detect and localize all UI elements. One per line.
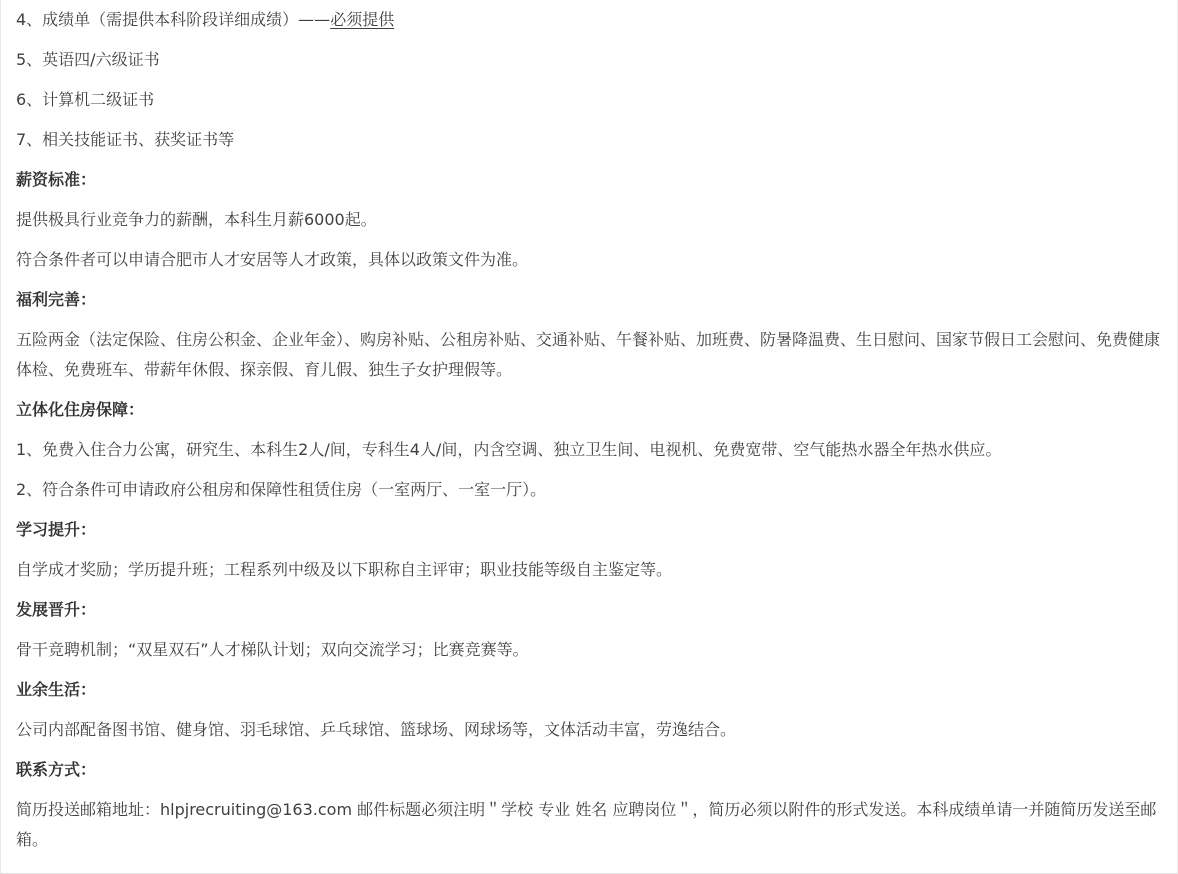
heading-career-development: 发展晋升： — [16, 595, 1163, 625]
para-leisure-detail: 公司内部配备图书馆、健身馆、羽毛球馆、乒乓球馆、篮球场、网球场等，文体活动丰富，… — [16, 715, 1163, 745]
para-benefits-detail: 五险两金（法定保险、住房公积金、企业年金）、购房补贴、公租房补贴、交通补贴、午餐… — [16, 325, 1163, 385]
para-housing-apartment: 1、免费入住合力公寓，研究生、本科生2人/间，专科生4人/间，内含空调、独立卫生… — [16, 435, 1163, 465]
heading-leisure-life: 业余生活： — [16, 675, 1163, 705]
heading-housing-guarantee: 立体化住房保障： — [16, 395, 1163, 425]
heading-contact-info: 联系方式： — [16, 755, 1163, 785]
must-provide-underlined-text: 必须提供 — [330, 10, 394, 29]
list-item-cet-certificate: 5、英语四/六级证书 — [16, 45, 1163, 75]
para-salary-detail: 提供极具行业竞争力的薪酬，本科生月薪6000起。 — [16, 205, 1163, 235]
para-development-detail: 骨干竞聘机制；“双星双石”人才梯队计划；双向交流学习；比赛竞赛等。 — [16, 635, 1163, 665]
list-item-transcript: 4、成绩单（需提供本科阶段详细成绩）——必须提供 — [16, 5, 1163, 35]
list-item-transcript-text: 4、成绩单（需提供本科阶段详细成绩）—— — [16, 10, 330, 29]
heading-salary-standard: 薪资标准： — [16, 165, 1163, 195]
job-posting-document: 4、成绩单（需提供本科阶段详细成绩）——必须提供 5、英语四/六级证书 6、计算… — [0, 0, 1178, 874]
para-learning-detail: 自学成才奖励；学历提升班；工程系列中级及以下职称自主评审；职业技能等级自主鉴定等… — [16, 555, 1163, 585]
heading-benefits: 福利完善： — [16, 285, 1163, 315]
list-item-skill-certificates: 7、相关技能证书、获奖证书等 — [16, 125, 1163, 155]
para-talent-policy: 符合条件者可以申请合肥市人才安居等人才政策，具体以政策文件为准。 — [16, 245, 1163, 275]
list-item-computer-certificate: 6、计算机二级证书 — [16, 85, 1163, 115]
heading-learning-improvement: 学习提升： — [16, 515, 1163, 545]
para-housing-public-rental: 2、符合条件可申请政府公租房和保障性租赁住房（一室两厅、一室一厅）。 — [16, 475, 1163, 505]
para-contact-detail: 简历投送邮箱地址：hlpjrecruiting@163.com 邮件标题必须注明… — [16, 795, 1163, 855]
